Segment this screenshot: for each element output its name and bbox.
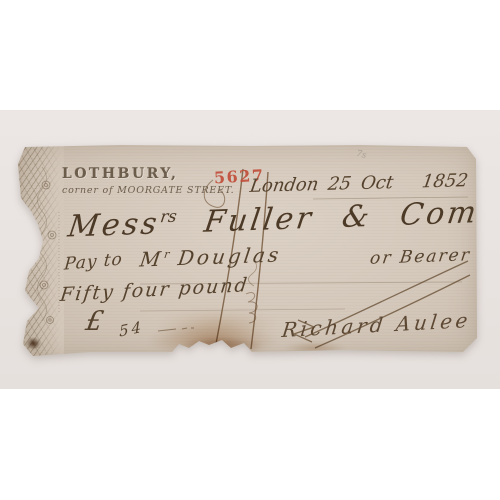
bearer-clause: or Bearer [370, 247, 471, 268]
payee-name: Mr Douglas [140, 245, 282, 270]
payee-title-superscript: r [163, 248, 170, 261]
photograph: LOTHBURY, corner of MOORGATE STREET. 562… [0, 0, 500, 500]
date-day: 25 [327, 175, 353, 194]
pencil-note: 7s [355, 150, 367, 161]
bank-name: LOTHBURY, [62, 167, 179, 181]
drawee-prefix: Mess [66, 206, 162, 244]
payee-title: M [138, 247, 165, 272]
date-year: 1852 [421, 172, 469, 191]
date-place: London [249, 176, 320, 196]
cheque-document: LOTHBURY, corner of MOORGATE STREET. 562… [18, 142, 480, 360]
date-month: Oct [360, 174, 395, 193]
pound-sign: £ [86, 308, 103, 335]
drawee-prefix-superscript: rs [159, 207, 178, 227]
bank-address: corner of MOORGATE STREET. [62, 186, 234, 196]
cheque-shadow: LOTHBURY, corner of MOORGATE STREET. 562… [18, 142, 480, 360]
